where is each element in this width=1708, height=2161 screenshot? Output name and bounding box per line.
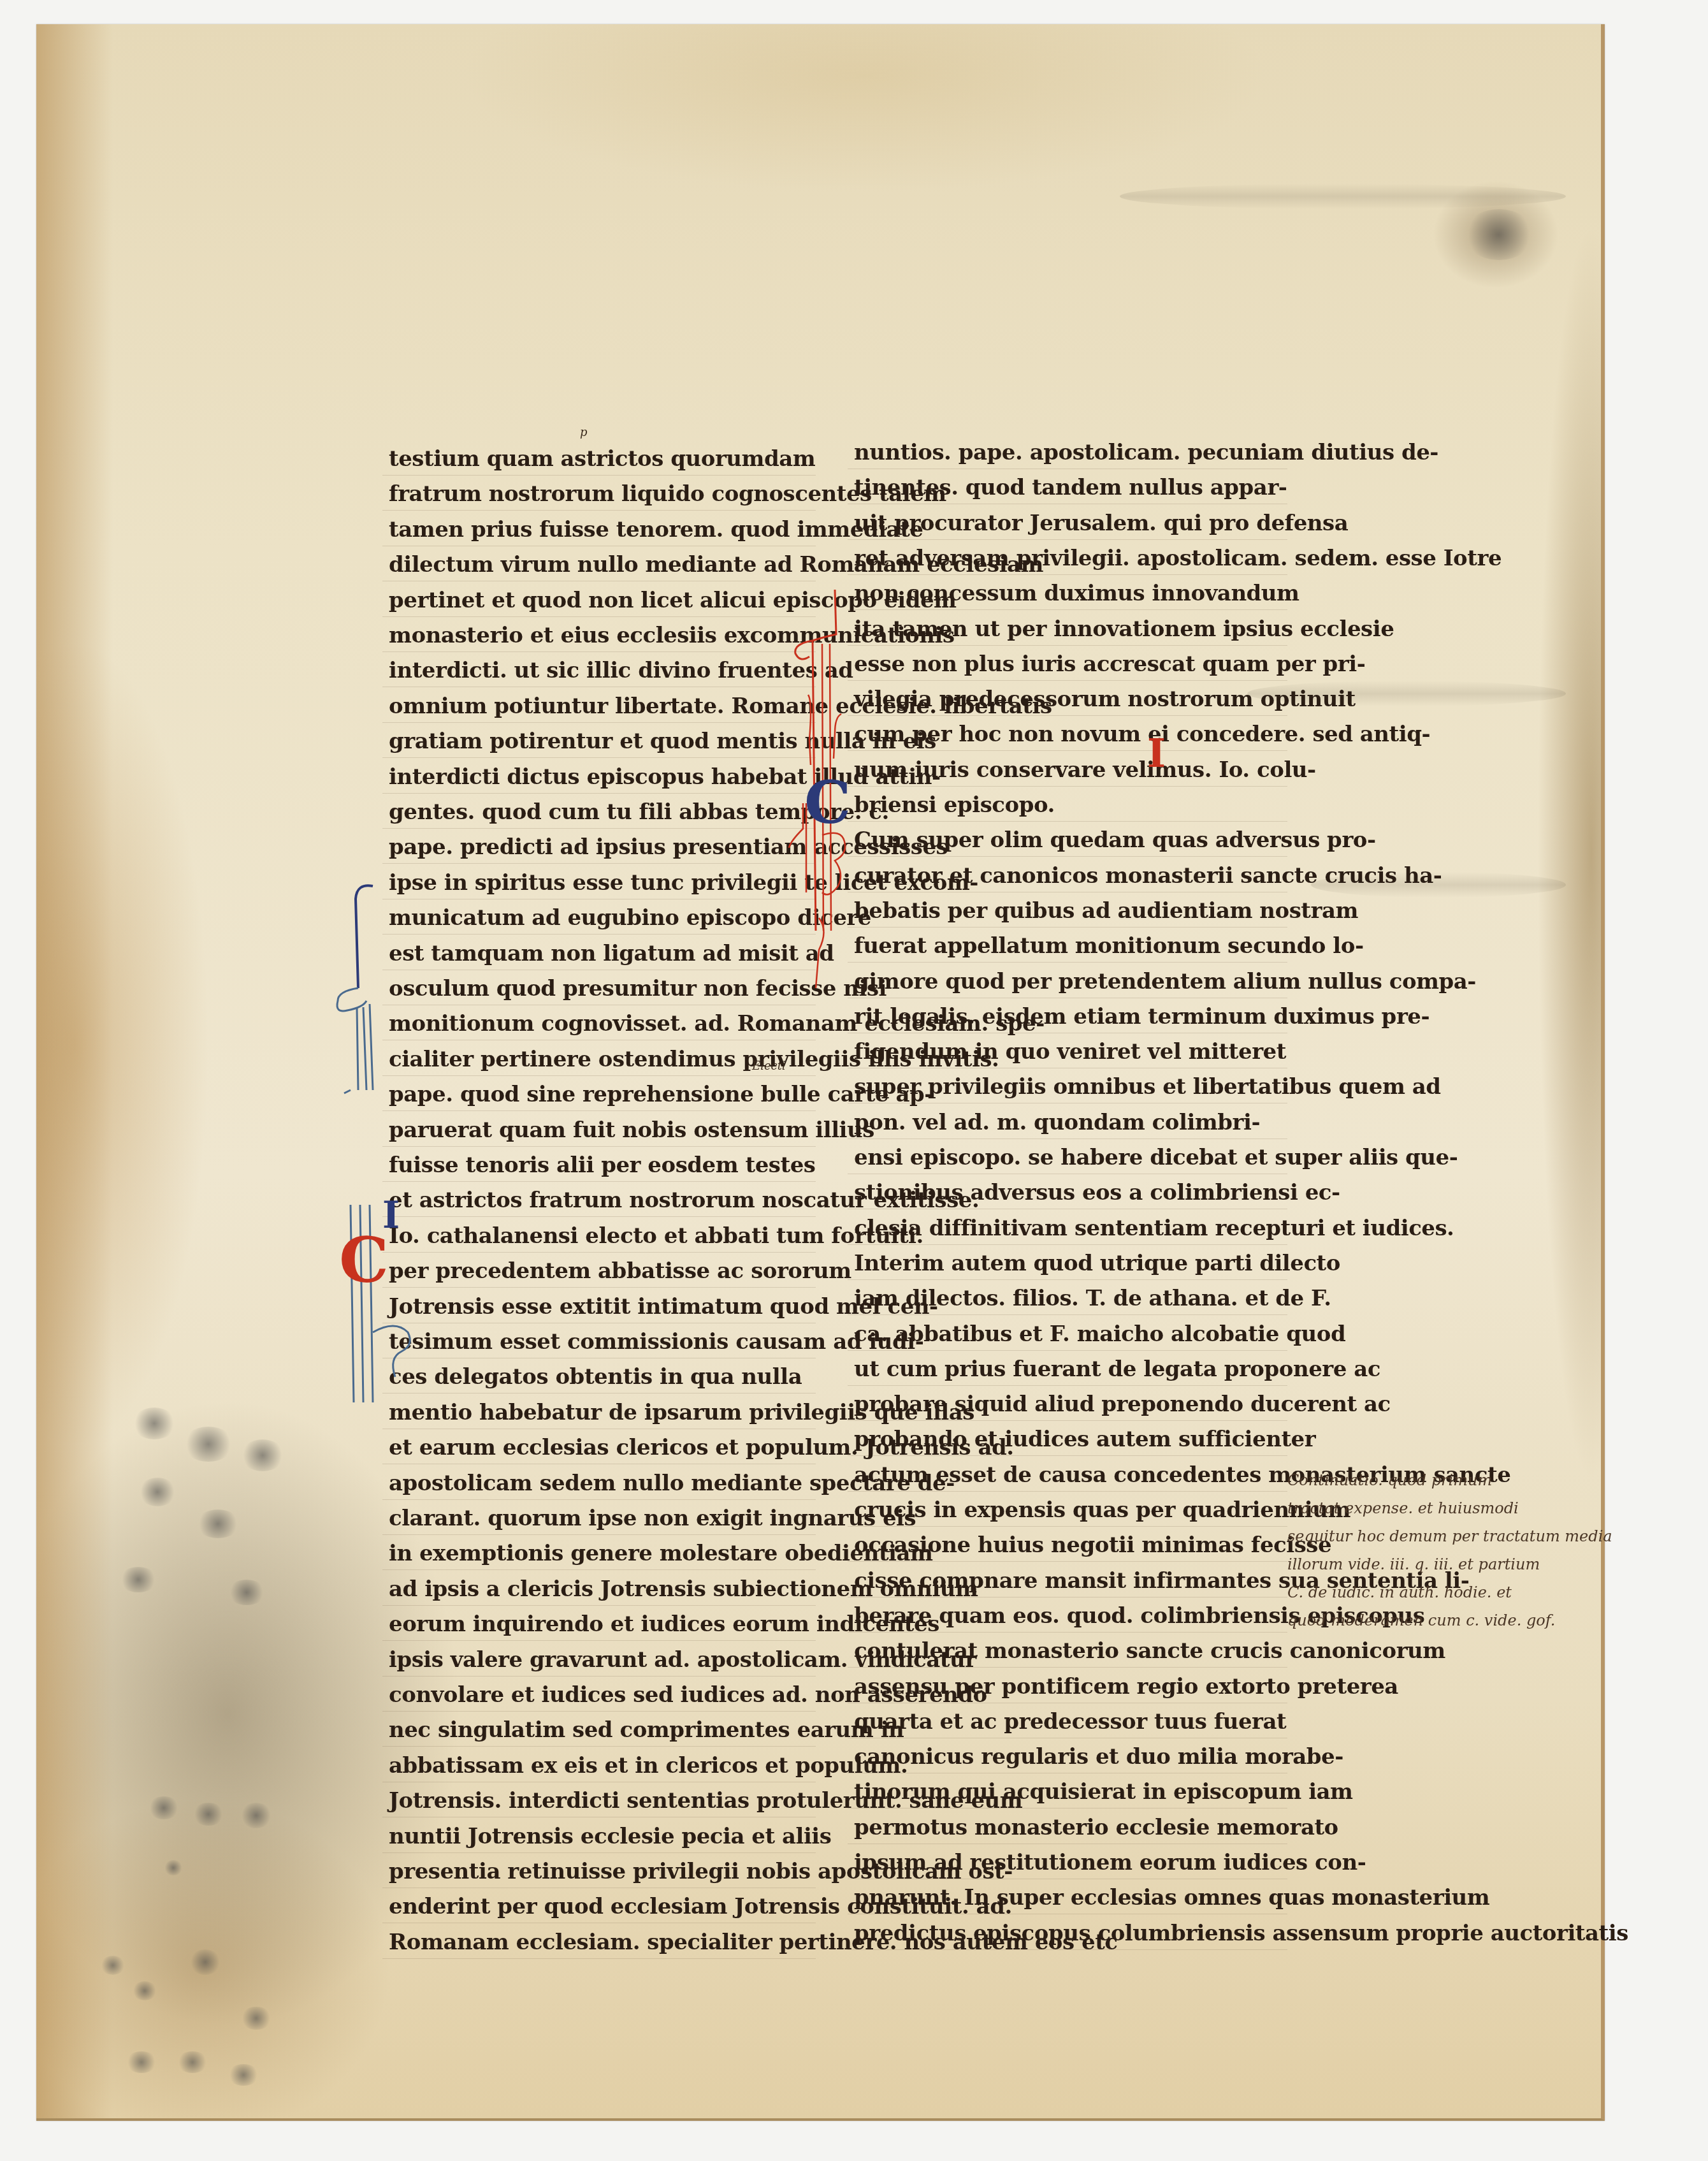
mold-spot [119,1567,157,1592]
marginal-line: Continuatio. quod primum [1287,1466,1492,1494]
text-line: ces delegatos obtentis in qua nulla [389,1358,802,1396]
mold-spot [138,1478,177,1506]
interlinear-note: p [580,426,588,439]
text-line: nec singulatim sed comprimentes earum in [389,1711,904,1749]
text-line: ut cum prius fuerant de legata proponere… [854,1350,1380,1388]
mold-spot [132,1981,157,2000]
text-line: tamen prius fuisse tenorem. quod immedia… [389,511,923,549]
mold-spot [183,1427,234,1462]
text-line: probando et iudices autem sufficienter [854,1420,1315,1459]
text-line: ita tamen ut per innovationem ipsius ecc… [854,610,1394,648]
fold-crease [1120,184,1566,209]
text-line: stionibus adversus eos a colimbriensi ec… [854,1174,1340,1212]
text-line: est tamquam non ligatum ad misit ad [389,935,834,973]
marginal-line: tractat expense. et huiusmodi [1287,1494,1519,1522]
mold-spot [1464,209,1534,260]
mold-spot [148,1796,180,1819]
text-line: esse non plus iuris accrescat quam per p… [854,645,1365,683]
text-line: ca. abbatibus et F. maicho alcobatie quo… [854,1315,1345,1353]
text-line: uum iuris conservare velimus. Io. colu- [854,751,1316,789]
text-line: nuntii Jotrensis ecclesie pecia et aliis [389,1817,831,1856]
initial-c-red-left: C [339,1224,389,1297]
text-line: canonicus regularis et duo milia morabe- [854,1738,1343,1776]
mold-spot [196,1510,240,1538]
text-line: in exemptionis genere molestare obedient… [389,1534,933,1573]
text-line: paruerat quam fuit nobis ostensum illius [389,1111,874,1149]
text-line: non concessum duximus innovandum [854,574,1299,613]
text-line: predictus episcopus columbriensis assens… [854,1914,1628,1953]
text-line: per precedentem abbatisse ac sororum [389,1252,851,1290]
marginal-line: C. de iudic. in auth. hodie. et [1287,1578,1512,1606]
text-line: curator et canonicos monasterii sancte c… [854,857,1442,895]
text-line: vilegia predecessorum nostrorum optinuit [854,680,1356,718]
text-line: ipsum ad restitutionem eorum iudices con… [854,1844,1366,1882]
text-line: nuntios. pape. apostolicam. pecuniam diu… [854,433,1438,472]
text-line: cum per hoc non novum ei concedere. sed … [854,715,1430,753]
mold-spot [192,1803,224,1826]
text-line: testium quam astrictos quorumdam [389,440,815,478]
text-line: tesimum esset commissionis causam ad iud… [389,1323,923,1361]
text-line: permotus monasterio ecclesie memorato [854,1808,1338,1847]
text-line: occasione huius negotii minimas fecisse [854,1526,1331,1564]
text-line: Interim autem quod utrique parti dilecto [854,1244,1340,1283]
text-line: Cum super olim quedam quas adversus pro- [854,821,1376,859]
text-line: crucis in expensis quas per quadriennium [854,1491,1350,1529]
text-line: clarant. quorum ipse non exigit ingnarus… [389,1499,916,1538]
text-line: pon. vel ad. m. quondam colimbri- [854,1103,1260,1142]
mold-spot [177,2051,208,2073]
text-line: ensi episcopo. se habere dicebat et supe… [854,1139,1458,1177]
initial-i-red-right: I [1147,730,1166,776]
text-line: clesia diffinitivam sententiam recepturi… [854,1209,1454,1248]
text-line: uit procurator Jerusalem. qui pro defens… [854,504,1348,542]
text-line: quarta et ac predecessor tuus fuerat [854,1703,1286,1741]
mold-spot [132,1408,177,1439]
text-line: fuisse tenoris alii per eosdem testes [389,1146,815,1184]
mold-spot [100,1956,126,1975]
text-line: pape. quod sine reprehensione bulle cart… [389,1075,933,1114]
text-line: iam dilectos. filios. T. de athana. et d… [854,1279,1331,1318]
text-line: bebatis per quibus ad audientiam nostram [854,892,1358,930]
mold-spot [240,2007,272,2030]
text-line: super privilegiis omnibus et libertatibu… [854,1068,1441,1106]
text-line: assensu per pontificem regio extorto pre… [854,1668,1398,1706]
mold-spot [189,1949,221,1975]
mold-spot [126,2051,157,2073]
text-line: figendum in quo veniret vel mitteret [854,1033,1286,1071]
marginal-line: quod moderamen cum c. vide. gof. [1287,1606,1555,1634]
text-line: tinentes. quod tandem nullus appar- [854,469,1287,507]
text-line: ret adversam privilegii. apostolicam. se… [854,539,1502,578]
marginal-line: illorum vide. iii. q. iii. et partium [1287,1550,1540,1578]
mold-spot [240,1803,272,1828]
text-line: rit legalis. eisdem etiam terminum duxim… [854,998,1429,1036]
text-line: gimore quod per pretendentem alium nullu… [854,963,1476,1001]
text-line: abbatissam ex eis et in clericos et popu… [389,1747,908,1785]
interlinear-note: Electi [752,1059,786,1073]
text-line: pnarunt. In super ecclesias omnes quas m… [854,1879,1489,1917]
blue-pen-flourish-left [319,873,421,1447]
mold-spot [228,1580,266,1605]
text-line: Io. cathalanensi electo et abbati tum fo… [389,1217,923,1255]
water-stain-left-edge [36,24,113,2118]
mold-spot [164,1860,183,1875]
marginal-line: sequitur hoc demum per tractatum media [1287,1522,1612,1550]
text-line: contulerat monasterio sancte crucis cano… [854,1632,1445,1670]
text-line: probare siquid aliud preponendo ducerent… [854,1385,1391,1423]
mold-spot [240,1439,285,1471]
text-line: tinorum qui acquisierat in episcopum iam [854,1773,1353,1811]
text-line: briensi episcopo. [854,786,1055,824]
mold-spot [228,2064,259,2086]
text-line: fuerat appellatum monitionum secundo lo- [854,927,1364,965]
initial-c-blue-right: C [804,768,851,837]
